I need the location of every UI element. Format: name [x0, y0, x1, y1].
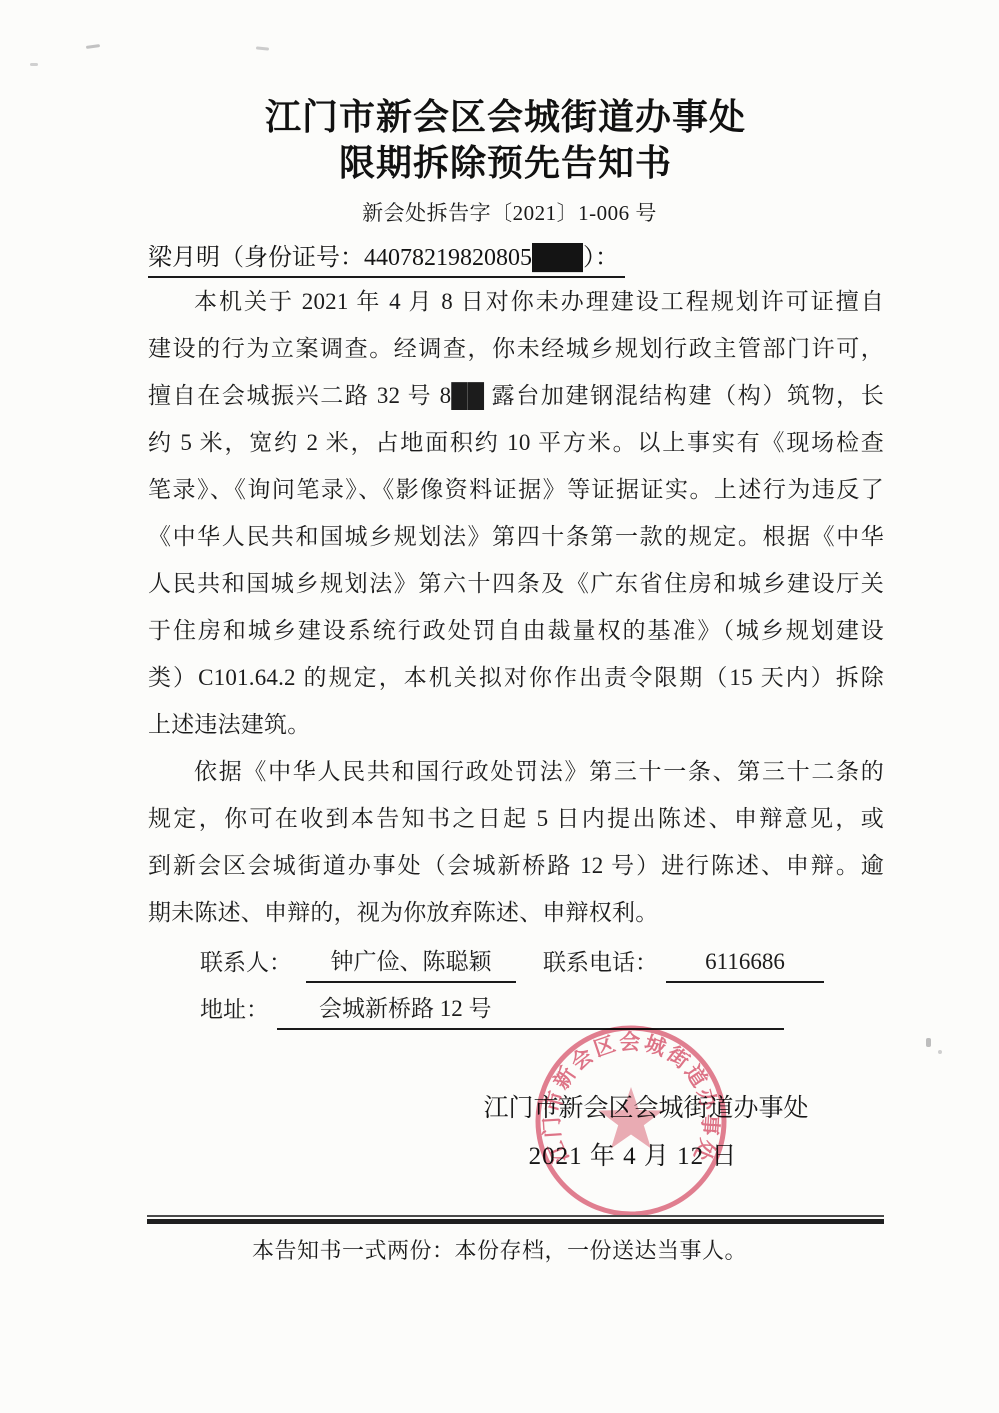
body-line: 到新会区会城街道办事处（会城新桥路 12 号）进行陈述、申辩。逾 [148, 842, 884, 889]
body-line: 笔录》、《询问笔录》、《影像资料证据》等证据证实。上述行为违反了 [148, 466, 884, 513]
contact-person-label: 联系人： [200, 943, 292, 983]
body-line: 依据《中华人民共和国行政处罚法》第三十一条、第三十二条的 [148, 748, 884, 795]
body-line: 规定，你可在收到本告知书之日起 5 日内提出陈述、申辩意见，或 [148, 795, 884, 842]
official-seal: 江门市新会区会城街道办事处 [531, 1021, 731, 1221]
body-line: 擅自在会城振兴二路 32 号 8██ 露台加建钢混结构建（构）筑物，长 [148, 372, 884, 419]
scan-artifact [30, 63, 38, 66]
scan-artifact [256, 46, 269, 50]
body-line: 上述违法建筑。 [148, 701, 884, 748]
footer-divider [147, 1219, 884, 1224]
body-line: 类）C101.64.2 的规定，本机关拟对你作出责令限期（15 天内）拆除 [148, 654, 884, 701]
address-row: 地址： 会城新桥路 12 号 [148, 983, 884, 1030]
document-page: 江门市新会区会城街道办事处 限期拆除预先告知书 新会处拆告字〔2021〕1-00… [0, 0, 999, 1413]
body-line: 建设的行为立案调查。经调查，你未经城乡规划行政主管部门许可， [148, 325, 884, 372]
contact-phone-label: 联系电话： [543, 943, 658, 983]
seal-star-icon [599, 1087, 664, 1149]
body-line: 人民共和国城乡规划法》第六十四条及《广东省住房和城乡建设厅关 [148, 560, 884, 607]
paragraph-2: 依据《中华人民共和国行政处罚法》第三十一条、第三十二条的 规定，你可在收到本告知… [148, 748, 884, 936]
footer-note: 本告知书一式两份：本份存档，一份送达当事人。 [0, 1234, 999, 1265]
body-line: 于住房和城乡建设系统行政处罚自由裁量权的基准》（城乡规划建设 [148, 607, 884, 654]
contact-row: 联系人： 钟广俭、陈聪颖 联系电话： 6116686 [148, 936, 884, 983]
scan-artifact [938, 1050, 942, 1054]
addressee-text: 梁月明（身份证号：44078219820805███）： [148, 237, 625, 278]
title-line-2: 限期拆除预先告知书 [6, 140, 999, 186]
body-line: 《中华人民共和国城乡规划法》第四十条第一款的规定。根据《中华 [148, 513, 884, 560]
document-number: 新会处拆告字〔2021〕1-006 号 [10, 197, 999, 227]
address-label: 地址： [200, 990, 269, 1030]
body-text: 本机关于 2021 年 4 月 8 日对你未办理建设工程规划许可证擅自 建设的行… [148, 278, 884, 1030]
body-line: 期未陈述、申辩的，视为你放弃陈述、申辩权利。 [148, 889, 884, 936]
scan-artifact [86, 44, 100, 49]
body-line: 本机关于 2021 年 4 月 8 日对你未办理建设工程规划许可证擅自 [148, 278, 884, 325]
contact-phone-value: 6116686 [666, 943, 824, 983]
document-title: 江门市新会区会城街道办事处 限期拆除预先告知书 [6, 94, 999, 186]
title-line-1: 江门市新会区会城街道办事处 [6, 94, 999, 140]
addressee-line: 梁月明（身份证号：44078219820805███）： [148, 237, 625, 278]
scan-artifact [926, 1038, 931, 1047]
paragraph-1: 本机关于 2021 年 4 月 8 日对你未办理建设工程规划许可证擅自 建设的行… [148, 278, 884, 748]
contact-person-value: 钟广俭、陈聪颖 [306, 943, 516, 983]
body-line: 约 5 米，宽约 2 米，占地面积约 10 平方米。以上事实有《现场检查 [148, 419, 884, 466]
